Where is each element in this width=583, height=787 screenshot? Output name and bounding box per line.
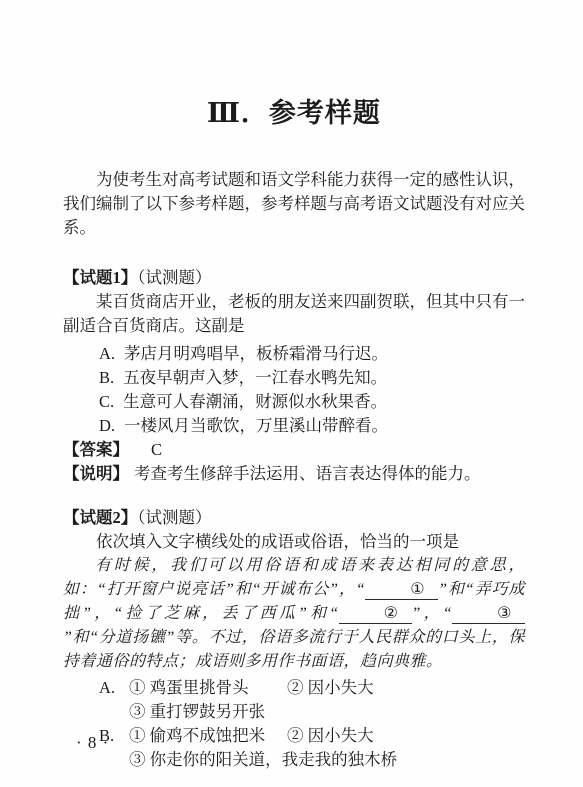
- option-row: A.① 鸡蛋里挑骨头② 因小失大 ③ 重打锣鼓另开张: [99, 676, 525, 724]
- page-number: · 8 ·: [76, 733, 109, 753]
- option-text: 茅店月明鸡唱早，板桥霜滑马行迟。: [124, 344, 388, 363]
- passage-segment: ”和“分道扬镳”等。不过，俗语多流行于人民群众的口头上，保持着通俗的特点；成语则…: [63, 629, 525, 670]
- question-1-kind: （试测题）: [137, 268, 211, 287]
- option-row: B.五夜早朝声入梦，一江春水鸭先知。: [99, 366, 525, 390]
- page-content: Ⅲ．参考样题 为使考生对高考试题和语文学科能力获得一定的感性认识，我们编制了以下…: [0, 96, 583, 772]
- option-key: C.: [99, 392, 114, 411]
- question-1-stem: 某百货商店开业，老板的朋友送来四副贺联，但其中只有一副适合百货商店。这副是: [63, 290, 525, 338]
- option-key: A.: [99, 676, 129, 700]
- option-item-3: ③ 你走你的阳关道，我走我的独木桥: [99, 748, 525, 772]
- answer-label: 【答案】: [63, 440, 129, 459]
- question-2: 【试题2】（试测题） 依次填入文字横线处的成语或俗语，恰当的一项是 有时候，我们…: [63, 506, 525, 772]
- option-row: A.茅店月明鸡唱早，板桥霜滑马行迟。: [99, 342, 525, 366]
- answer-value: C: [151, 440, 162, 459]
- option-text: 生意可人春潮涌，财源似水秋果香。: [123, 392, 387, 411]
- option-key: B.: [99, 368, 114, 387]
- option-item-1: ① 鸡蛋里挑骨头: [129, 676, 287, 700]
- scanned-document-page: Ⅲ．参考样题 为使考生对高考试题和语文学科能力获得一定的感性认识，我们编制了以下…: [0, 0, 583, 787]
- option-row: B.① 偷鸡不成蚀把米② 因小失大 ③ 你走你的阳关道，我走我的独木桥: [99, 724, 525, 772]
- blank-1: ①: [365, 580, 438, 600]
- note-text: 考查考生修辞手法运用、语言表达得体的能力。: [134, 464, 481, 483]
- intro-paragraph: 为使考生对高考试题和语文学科能力获得一定的感性认识，我们编制了以下参考样题，参考…: [63, 168, 525, 240]
- question-2-stem: 依次填入文字横线处的成语或俗语，恰当的一项是: [63, 530, 525, 554]
- question-2-kind: （试测题）: [137, 508, 211, 527]
- note-label: 【说明】: [63, 464, 129, 483]
- option-row-line1: B.① 偷鸡不成蚀把米② 因小失大: [99, 724, 525, 748]
- question-2-passage: 有时候，我们可以用俗语和成语来表达相同的意思，如：“打开窗户说亮话”和“开诚布公…: [63, 554, 525, 674]
- question-2-header: 【试题2】（试测题）: [63, 506, 525, 530]
- question-1: 【试题1】（试测题） 某百货商店开业，老板的朋友送来四副贺联，但其中只有一副适合…: [63, 266, 525, 486]
- blank-3: ③: [452, 604, 525, 624]
- blank-2: ②: [339, 604, 412, 624]
- page-title: Ⅲ．参考样题: [63, 96, 525, 130]
- question-1-options: A.茅店月明鸡唱早，板桥霜滑马行迟。 B.五夜早朝声入梦，一江春水鸭先知。 C.…: [63, 342, 525, 438]
- option-row-line1: A.① 鸡蛋里挑骨头② 因小失大: [99, 676, 525, 700]
- option-key: D.: [99, 416, 115, 435]
- question-1-header: 【试题1】（试测题）: [63, 266, 525, 290]
- option-text: 五夜早朝声入梦，一江春水鸭先知。: [123, 368, 387, 387]
- option-key: A.: [99, 344, 115, 363]
- question-1-label: 【试题1】: [63, 268, 137, 287]
- option-item-2: ② 因小失大: [287, 724, 525, 748]
- option-item-3: ③ 重打锣鼓另开张: [99, 700, 525, 724]
- option-text: 一楼风月当歌饮，万里溪山带醉看。: [124, 416, 388, 435]
- passage-segment: ”，“: [412, 605, 453, 622]
- note-line: 【说明】考查考生修辞手法运用、语言表达得体的能力。: [63, 462, 525, 486]
- answer-line: 【答案】C: [63, 438, 525, 462]
- option-item-1: ① 偷鸡不成蚀把米: [129, 724, 287, 748]
- question-2-options: A.① 鸡蛋里挑骨头② 因小失大 ③ 重打锣鼓另开张 B.① 偷鸡不成蚀把米② …: [63, 676, 525, 772]
- option-item-2: ② 因小失大: [287, 676, 525, 700]
- option-row: D.一楼风月当歌饮，万里溪山带醉看。: [99, 414, 525, 438]
- question-2-label: 【试题2】: [63, 508, 137, 527]
- option-row: C.生意可人春潮涌，财源似水秋果香。: [99, 390, 525, 414]
